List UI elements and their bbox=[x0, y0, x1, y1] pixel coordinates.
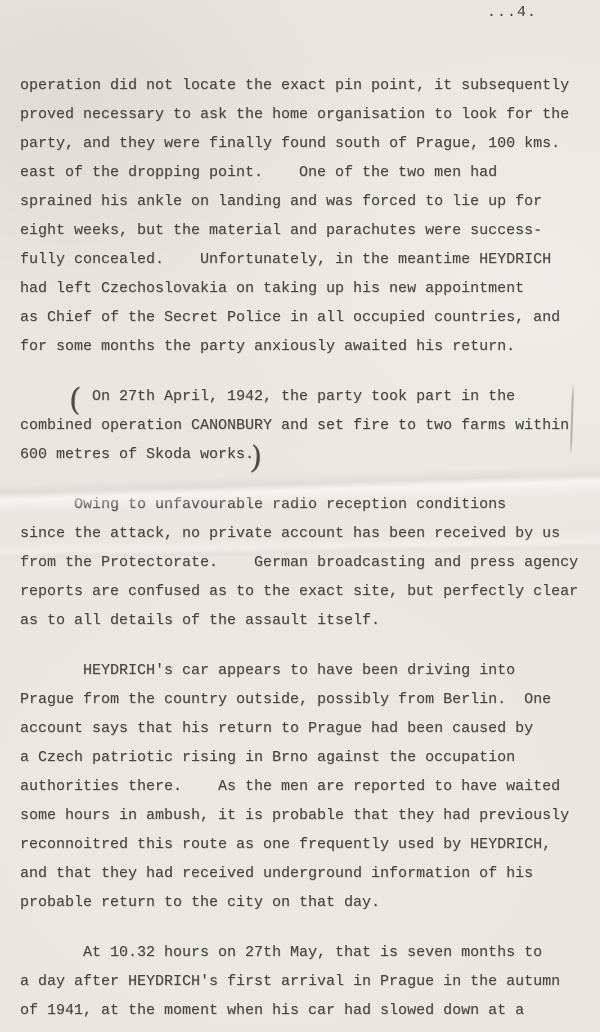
typed-line: eight weeks, but the material and parach… bbox=[20, 216, 590, 245]
typed-line: 600 metres of Skoda works. bbox=[20, 440, 590, 469]
typed-line: Prague from the country outside, possibl… bbox=[20, 685, 590, 714]
typed-line: of 1941, at the moment when his car had … bbox=[20, 996, 590, 1025]
typed-line: for some months the party anxiously awai… bbox=[20, 332, 590, 361]
typed-line: proved necessary to ask the home organis… bbox=[20, 100, 590, 129]
typed-line: operation did not locate the exact pin p… bbox=[20, 71, 590, 100]
typed-line: a day after HEYDRICH's first arrival in … bbox=[20, 967, 590, 996]
typed-line: as to all details of the assault itself. bbox=[20, 606, 590, 635]
typed-line: combined operation CANONBURY and set fir… bbox=[20, 411, 590, 440]
typed-line: since the attack, no private account has… bbox=[20, 519, 590, 548]
typed-line: and that they had received underground i… bbox=[20, 859, 590, 888]
typed-line: fully concealed. Unfortunately, in the m… bbox=[20, 245, 590, 274]
typed-line: some hours in ambush, it is probable tha… bbox=[20, 801, 590, 830]
typed-line: as Chief of the Secret Police in all occ… bbox=[20, 303, 590, 332]
handwritten-open-paren: ( bbox=[68, 385, 81, 416]
handwritten-close-paren: ) bbox=[249, 443, 263, 475]
typed-line: from the Protectorate. German broadcasti… bbox=[20, 548, 590, 577]
typed-line: On 27th April, 1942, the party took part… bbox=[20, 382, 590, 411]
typed-line: Owing to unfavourable radio reception co… bbox=[20, 490, 590, 519]
typed-line: authorities there. As the men are report… bbox=[20, 772, 590, 801]
typed-line: had left Czechoslovakia on taking up his… bbox=[20, 274, 590, 303]
document-page: ...4. operation did not locate the exact… bbox=[0, 0, 600, 1032]
typed-line: probable return to the city on that day. bbox=[20, 888, 590, 917]
typed-line: east of the dropping point. One of the t… bbox=[20, 158, 590, 187]
typed-line: party, and they were finally found south… bbox=[20, 129, 590, 158]
typed-line: reconnoitred this route as one frequentl… bbox=[20, 830, 590, 859]
typed-line: reports are confused as to the exact sit… bbox=[20, 577, 590, 606]
page-number: ...4. bbox=[487, 3, 537, 23]
typed-line: At 10.32 hours on 27th May, that is seve… bbox=[20, 938, 590, 967]
typed-text-block: operation did not locate the exact pin p… bbox=[20, 71, 590, 1025]
typed-line: account says that his return to Prague h… bbox=[20, 714, 590, 743]
typed-line: HEYDRICH's car appears to have been driv… bbox=[20, 656, 590, 685]
typed-line: a Czech patriotic rising in Brno against… bbox=[20, 743, 590, 772]
typed-line: sprained his ankle on landing and was fo… bbox=[20, 187, 590, 216]
